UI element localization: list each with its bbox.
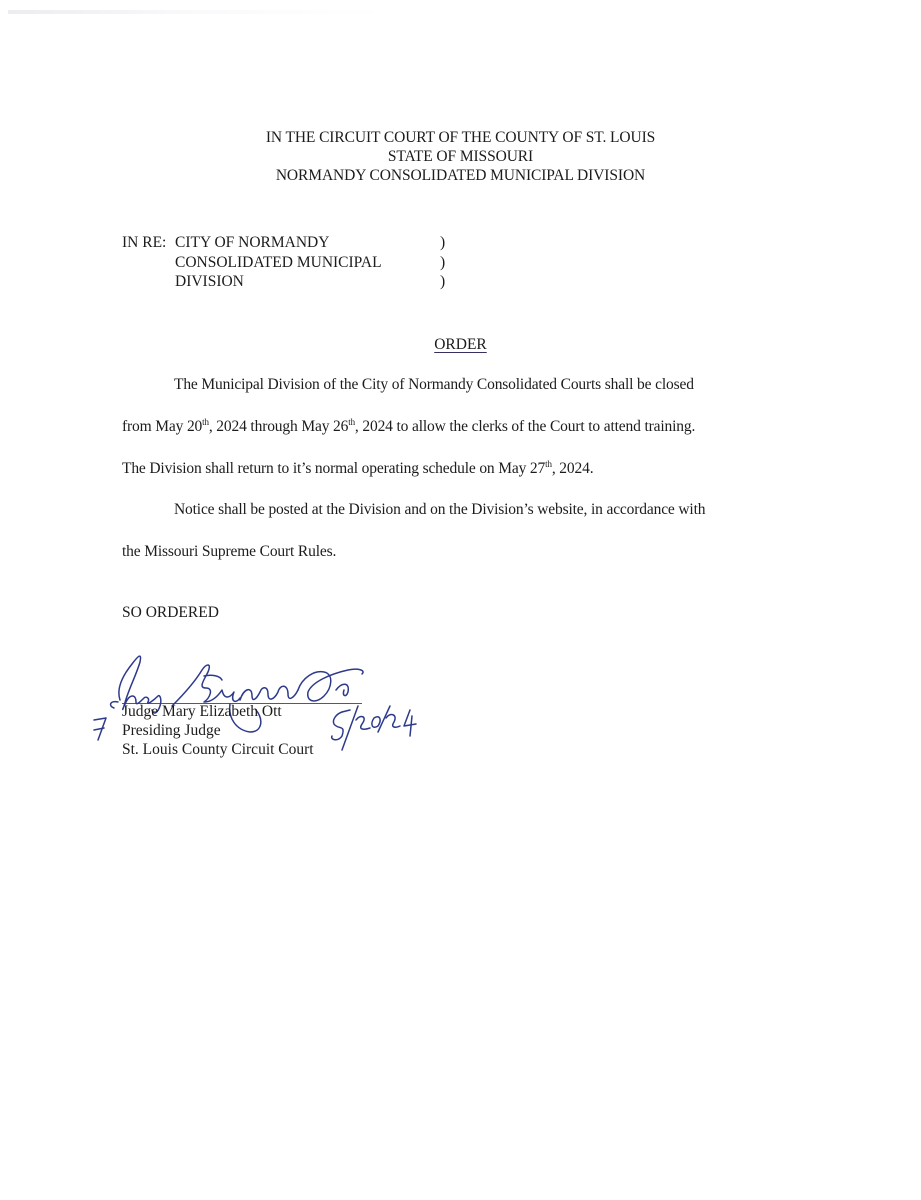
paragraph-1-line-1: The Municipal Division of the City of No… xyxy=(122,376,694,394)
paragraph-1-line-3: The Division shall return to it’s normal… xyxy=(122,460,593,478)
in-re-line: CONSOLIDATED MUNICIPAL xyxy=(175,253,382,273)
caption-court-line: IN THE CIRCUIT COURT OF THE COUNTY OF ST… xyxy=(0,128,921,147)
signature-block: Judge Mary Elizabeth Ott Presiding Judge… xyxy=(122,702,314,759)
in-re-paren: ) xyxy=(440,233,445,253)
so-ordered: SO ORDERED xyxy=(122,604,219,622)
scan-artifact xyxy=(8,10,388,14)
in-re-line: DIVISION xyxy=(175,272,244,292)
in-re-label: IN RE: xyxy=(122,233,166,253)
caption-division-line: NORMANDY CONSOLIDATED MUNICIPAL DIVISION xyxy=(0,166,921,185)
in-re-line: CITY OF NORMANDY xyxy=(175,233,329,253)
paragraph-1-line-2: from May 20th, 2024 through May 26th, 20… xyxy=(122,418,695,436)
court-name: St. Louis County Circuit Court xyxy=(122,740,314,759)
in-re-paren: ) xyxy=(440,253,445,273)
judge-name: Judge Mary Elizabeth Ott xyxy=(122,702,314,721)
judge-title: Presiding Judge xyxy=(122,721,314,740)
paragraph-2-line-2: the Missouri Supreme Court Rules. xyxy=(122,543,336,561)
court-caption: IN THE CIRCUIT COURT OF THE COUNTY OF ST… xyxy=(0,128,921,185)
order-title: ORDER xyxy=(0,336,921,354)
in-re-paren: ) xyxy=(440,272,445,292)
caption-state-line: STATE OF MISSOURI xyxy=(0,147,921,166)
paragraph-2-line-1: Notice shall be posted at the Division a… xyxy=(122,501,705,519)
